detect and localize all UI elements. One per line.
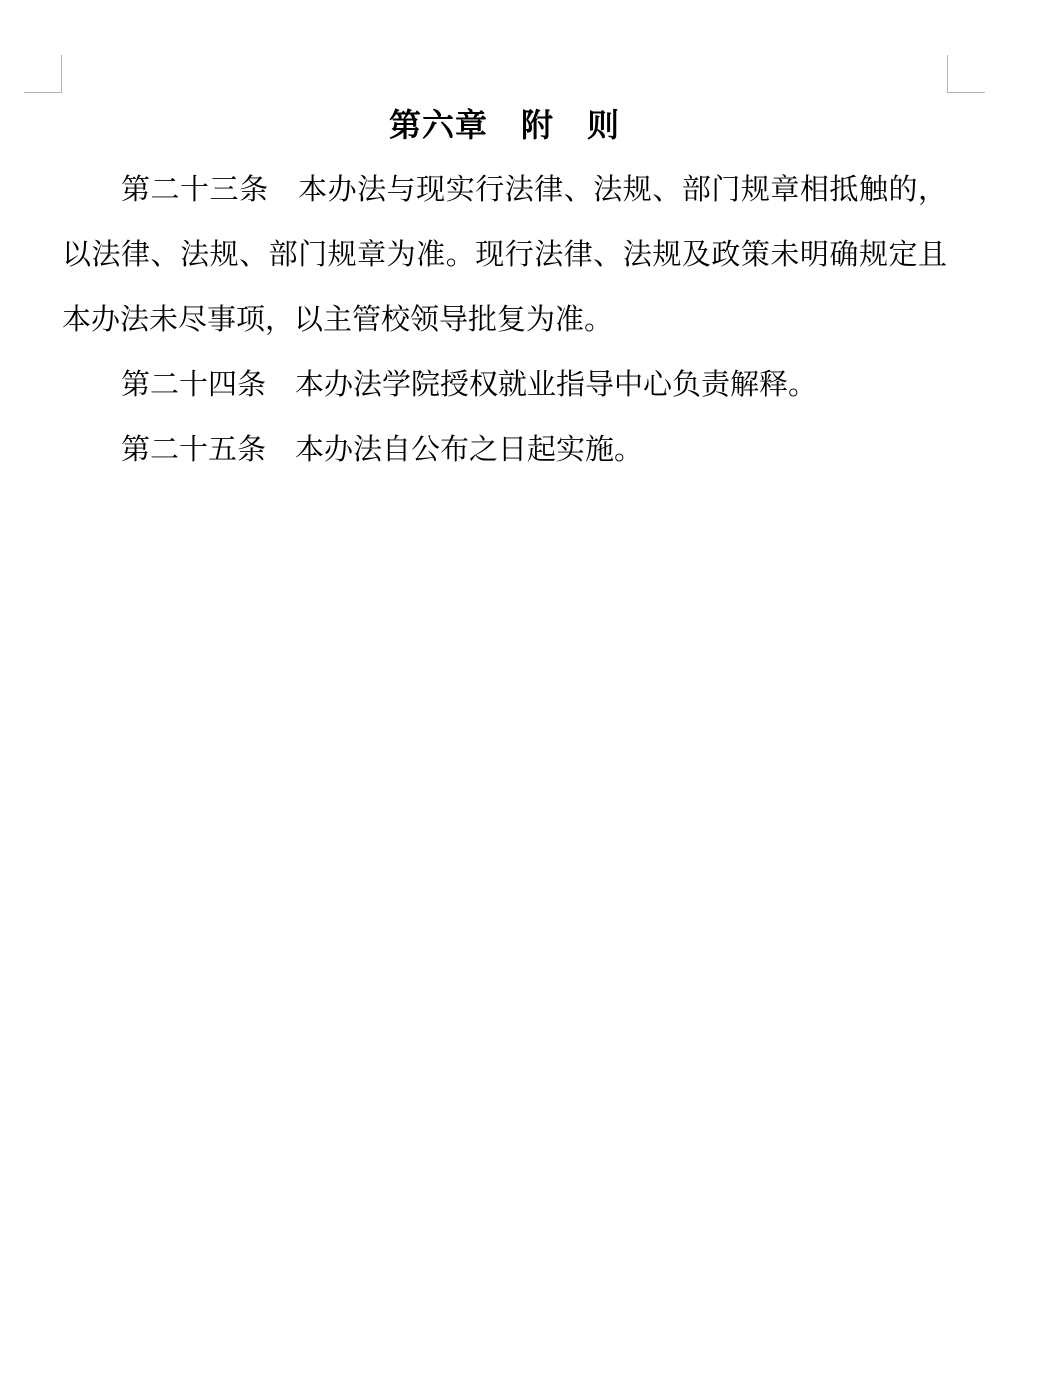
article-paragraph-24: 第二十四条 本办法学院授权就业指导中心负责解释。 [62, 353, 947, 418]
document-body: 第六章 附 则 第二十三条 本办法与现实行法律、法规、部门规章相抵触的，以法律、… [62, 93, 947, 483]
article-paragraph-25: 第二十五条 本办法自公布之日起实施。 [62, 418, 947, 483]
margin-crop-mark-top-right [947, 55, 985, 93]
article-paragraph-23: 第二十三条 本办法与现实行法律、法规、部门规章相抵触的，以法律、法规、部门规章为… [62, 158, 947, 353]
chapter-title: 第六章 附 则 [62, 93, 947, 158]
margin-crop-mark-top-left [24, 55, 62, 93]
document-page: 第六章 附 则 第二十三条 本办法与现实行法律、法规、部门规章相抵触的，以法律、… [0, 0, 1042, 1373]
